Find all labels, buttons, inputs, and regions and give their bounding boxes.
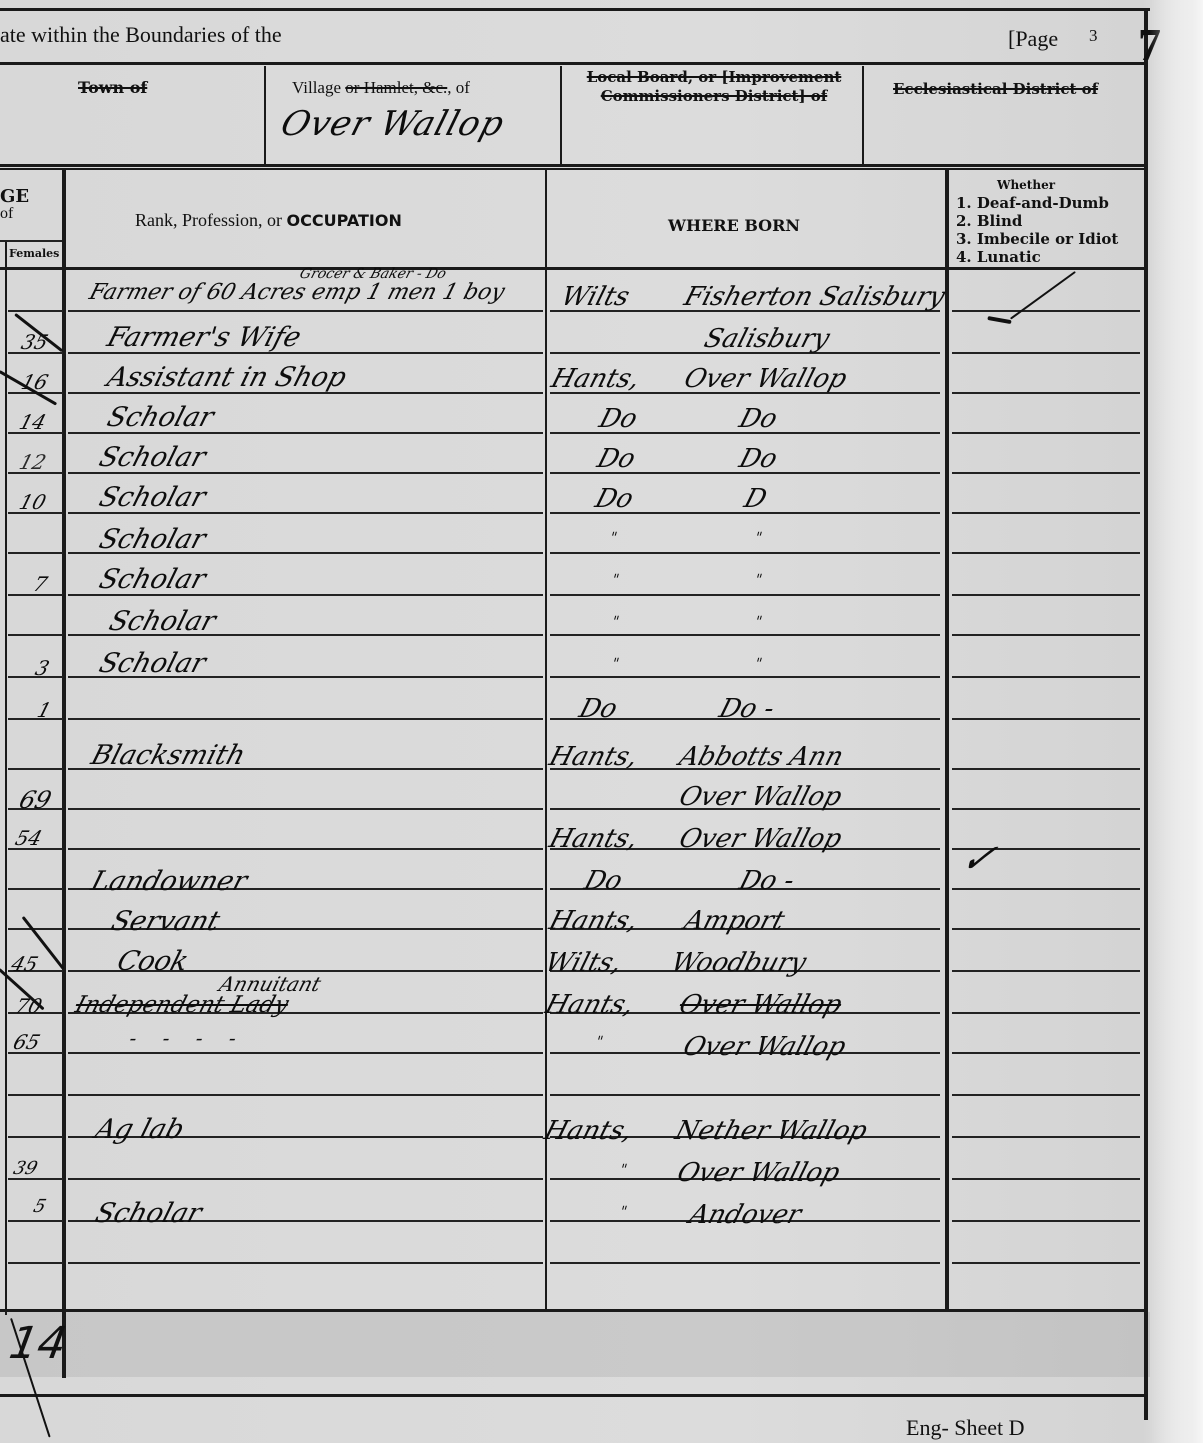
age-cell: 65	[11, 1030, 43, 1054]
row-rule	[550, 634, 940, 636]
row-rule	[550, 594, 940, 596]
row-rule	[8, 888, 63, 890]
row-rule	[952, 676, 1140, 678]
local-board-line1: Local Board, or [Improvement	[568, 68, 860, 87]
row-rule	[8, 552, 63, 554]
row-rule	[952, 1052, 1140, 1054]
where-born-header: WHERE BORN	[668, 216, 800, 235]
infirmity-check-mark	[987, 316, 1011, 324]
town-label: Town of	[78, 78, 147, 97]
age-header-of: of	[0, 205, 13, 223]
age-cell-blotted: 12	[17, 450, 49, 474]
row-rule	[952, 552, 1140, 554]
age-cell: 54	[13, 826, 45, 850]
infirmity-option-2: 2. Blind	[956, 212, 1118, 230]
row-rule	[952, 1094, 1140, 1096]
hamlet-struck: or Hamlet, &c.	[345, 78, 447, 97]
born-county: Hants,	[546, 824, 642, 854]
top-border	[0, 8, 1150, 11]
divider-males-females	[5, 240, 7, 1315]
row-rule	[952, 432, 1140, 434]
born-place: Woodbury	[668, 948, 810, 978]
females-total: 14	[6, 1318, 71, 1369]
row-rule	[8, 1136, 63, 1138]
row-rule	[952, 928, 1140, 930]
village-value: Over Wallop	[276, 104, 509, 144]
row-rule	[8, 1220, 63, 1222]
occupation-header-bold: OCCUPATION	[287, 211, 402, 230]
totals-top-rule	[0, 1309, 1146, 1312]
ditto-mark: "	[608, 530, 619, 546]
row-rule	[952, 718, 1140, 720]
born-place: Salisbury	[701, 324, 833, 354]
row-rule	[550, 1262, 940, 1264]
age-cell: 35	[19, 330, 51, 354]
divider-town-village	[264, 66, 266, 164]
occupation-header: Rank, Profession, or OCCUPATION	[135, 210, 402, 231]
born-place: Over Wallop	[676, 782, 846, 812]
row-rule	[952, 392, 1140, 394]
born-place: Do	[736, 444, 781, 474]
born-county: Do	[576, 694, 621, 724]
born-county: Hants,	[546, 742, 642, 772]
born-place: Andover	[686, 1200, 805, 1230]
body-top-rule	[0, 267, 1148, 270]
occupation-cell: Assistant in Shop	[104, 362, 350, 393]
row-rule	[8, 310, 63, 312]
females-header: Females	[9, 247, 59, 260]
born-place: Do -	[736, 866, 798, 896]
row-rule	[952, 970, 1140, 972]
sheet-footer: Eng- Sheet D	[906, 1415, 1025, 1441]
age-cell: 5	[31, 1196, 48, 1217]
row-rule	[68, 1094, 543, 1096]
occupation-dashes: - - - -	[127, 1026, 250, 1050]
born-county: Wilts	[558, 282, 633, 312]
village-label: Village or Hamlet, &c., of	[292, 78, 470, 98]
occupation-cell: Scholar	[92, 1198, 206, 1229]
occupation-cell: Scholar	[104, 402, 218, 433]
row-rule	[952, 594, 1140, 596]
row-rule	[550, 552, 940, 554]
row-rule	[68, 718, 543, 720]
row-rule	[68, 848, 543, 850]
infirmity-check-icon: ✓	[955, 836, 1002, 882]
age-cell: 10	[17, 490, 49, 514]
born-place: Over Wallop	[674, 1158, 844, 1188]
right-border	[1144, 8, 1148, 1420]
age-subheader-rule	[0, 240, 62, 242]
row-rule	[550, 676, 940, 678]
row-rule	[952, 472, 1140, 474]
occupation-cell: Scholar	[96, 564, 210, 595]
row-rule	[952, 808, 1140, 810]
infirmity-check-mark	[1010, 271, 1076, 320]
column-header-rule-double	[0, 168, 1148, 170]
row-rule	[952, 1220, 1140, 1222]
age-cell: 39	[11, 1158, 40, 1179]
row-rule	[68, 310, 543, 312]
row-rule	[952, 768, 1140, 770]
occupation-cell: Blacksmith	[88, 740, 249, 771]
born-place: Over Wallop	[676, 824, 846, 854]
born-county: Do	[592, 484, 637, 514]
ditto-mark: "	[610, 572, 621, 588]
born-county: Hants,	[541, 1116, 637, 1146]
row-rule	[952, 1262, 1140, 1264]
row-rule	[952, 512, 1140, 514]
row-rule	[8, 1262, 63, 1264]
row-rule	[952, 1178, 1140, 1180]
totals-band	[0, 1312, 1150, 1377]
ditto-mark: "	[610, 614, 621, 630]
ditto-mark: "	[610, 656, 621, 672]
occupation-cell: Scholar	[96, 524, 210, 555]
row-rule	[952, 1012, 1140, 1014]
row-rule	[68, 1262, 543, 1264]
born-place: Fisherton Salisbury	[681, 282, 949, 312]
born-place: Do	[736, 404, 781, 434]
village-label-text: Village	[292, 78, 341, 97]
row-rule	[8, 928, 63, 930]
row-rule	[68, 808, 543, 810]
infirmity-option-4: 4. Lunatic	[956, 248, 1118, 266]
occupation-cell: Scholar	[96, 482, 210, 513]
divider-local-eccl	[862, 66, 864, 164]
row-rule	[68, 1052, 543, 1054]
occupation-cell: Farmer's Wife	[104, 322, 305, 353]
header-rule	[0, 62, 1148, 65]
local-board-label: Local Board, or [Improvement Commissione…	[568, 68, 860, 106]
born-place: Abbotts Ann	[676, 742, 847, 772]
occupation-cell: Landowner	[88, 866, 251, 897]
occupation-cell: Ag lab	[92, 1114, 188, 1145]
born-county: Hants,	[548, 364, 644, 394]
ditto-mark: "	[753, 656, 764, 672]
age-cell: 7	[31, 572, 51, 596]
ditto-mark: "	[753, 614, 764, 630]
age-header: GE	[0, 188, 29, 206]
born-place-struck: Over Wallop	[676, 990, 846, 1020]
born-place: Over Wallop	[681, 364, 851, 394]
ditto-mark: "	[618, 1162, 629, 1178]
row-rule	[952, 352, 1140, 354]
occupation-cell: Scholar	[106, 606, 220, 637]
occupation-note: Annuitant	[217, 972, 324, 996]
age-cell: 14	[17, 410, 49, 434]
age-cell: 45	[9, 952, 41, 976]
born-place: Over Wallop	[680, 1032, 850, 1062]
born-county: Hants,	[546, 906, 642, 936]
totals-bottom-rule	[0, 1394, 1146, 1397]
infirmity-whether: Whether	[936, 176, 1116, 194]
census-page: ate within the Boundaries of the [Page 3…	[0, 0, 1203, 1443]
born-county: Do	[581, 866, 626, 896]
divider-village-local	[560, 66, 562, 164]
occupation-cell: Farmer of 60 Acres emp 1 men 1 boy	[86, 280, 507, 305]
born-place: Amport	[681, 906, 788, 936]
ditto-mark: "	[753, 530, 764, 546]
row-rule	[952, 634, 1140, 636]
local-board-line2: Commissioners District] of	[568, 87, 860, 106]
row-rule	[952, 1136, 1140, 1138]
ecclesiastical-label: Ecclesiastical District of	[893, 80, 1098, 98]
row-rule	[952, 310, 1140, 312]
born-county: Do	[594, 444, 639, 474]
ditto-mark: "	[618, 1204, 629, 1220]
born-county: Do	[596, 404, 641, 434]
ditto-mark: "	[753, 572, 764, 588]
divider-born-infirmity	[945, 170, 949, 1310]
occupation-cell: Scholar	[96, 442, 210, 473]
row-rule	[550, 1094, 940, 1096]
infirmity-option-3: 3. Imbecile or Idiot	[956, 230, 1118, 248]
occupation-cell: Scholar	[96, 648, 210, 679]
born-place: Nether Wallop	[672, 1116, 871, 1146]
occupation-cell: Cook	[114, 946, 192, 977]
page-number: 3	[1089, 26, 1098, 46]
occupation-cell: Servant	[108, 906, 224, 937]
born-county: Hants,	[542, 990, 638, 1020]
page-edge-fade	[1150, 0, 1203, 1443]
row-rule	[8, 1094, 63, 1096]
row-rule	[8, 768, 63, 770]
born-county: Wilts,	[542, 948, 626, 978]
born-place: Do -	[716, 694, 778, 724]
occupation-header-plain: Rank, Profession, or	[135, 210, 282, 230]
age-cell: 69	[16, 786, 55, 814]
occupation-note: Grocer & Baker - Do	[298, 266, 448, 282]
row-rule	[8, 634, 63, 636]
born-place: D	[741, 484, 770, 514]
village-of: , of	[447, 78, 470, 97]
infirmity-option-1: 1. Deaf-and-Dumb	[956, 194, 1118, 212]
row-rule	[68, 1178, 543, 1180]
ditto-mark: "	[594, 1034, 605, 1050]
page-label: [Page	[1008, 26, 1058, 52]
boundaries-title: ate within the Boundaries of the	[0, 22, 282, 48]
column-header-rule	[0, 164, 1148, 167]
infirmity-header: Whether 1. Deaf-and-Dumb 2. Blind 3. Imb…	[956, 176, 1118, 266]
row-rule	[952, 888, 1140, 890]
